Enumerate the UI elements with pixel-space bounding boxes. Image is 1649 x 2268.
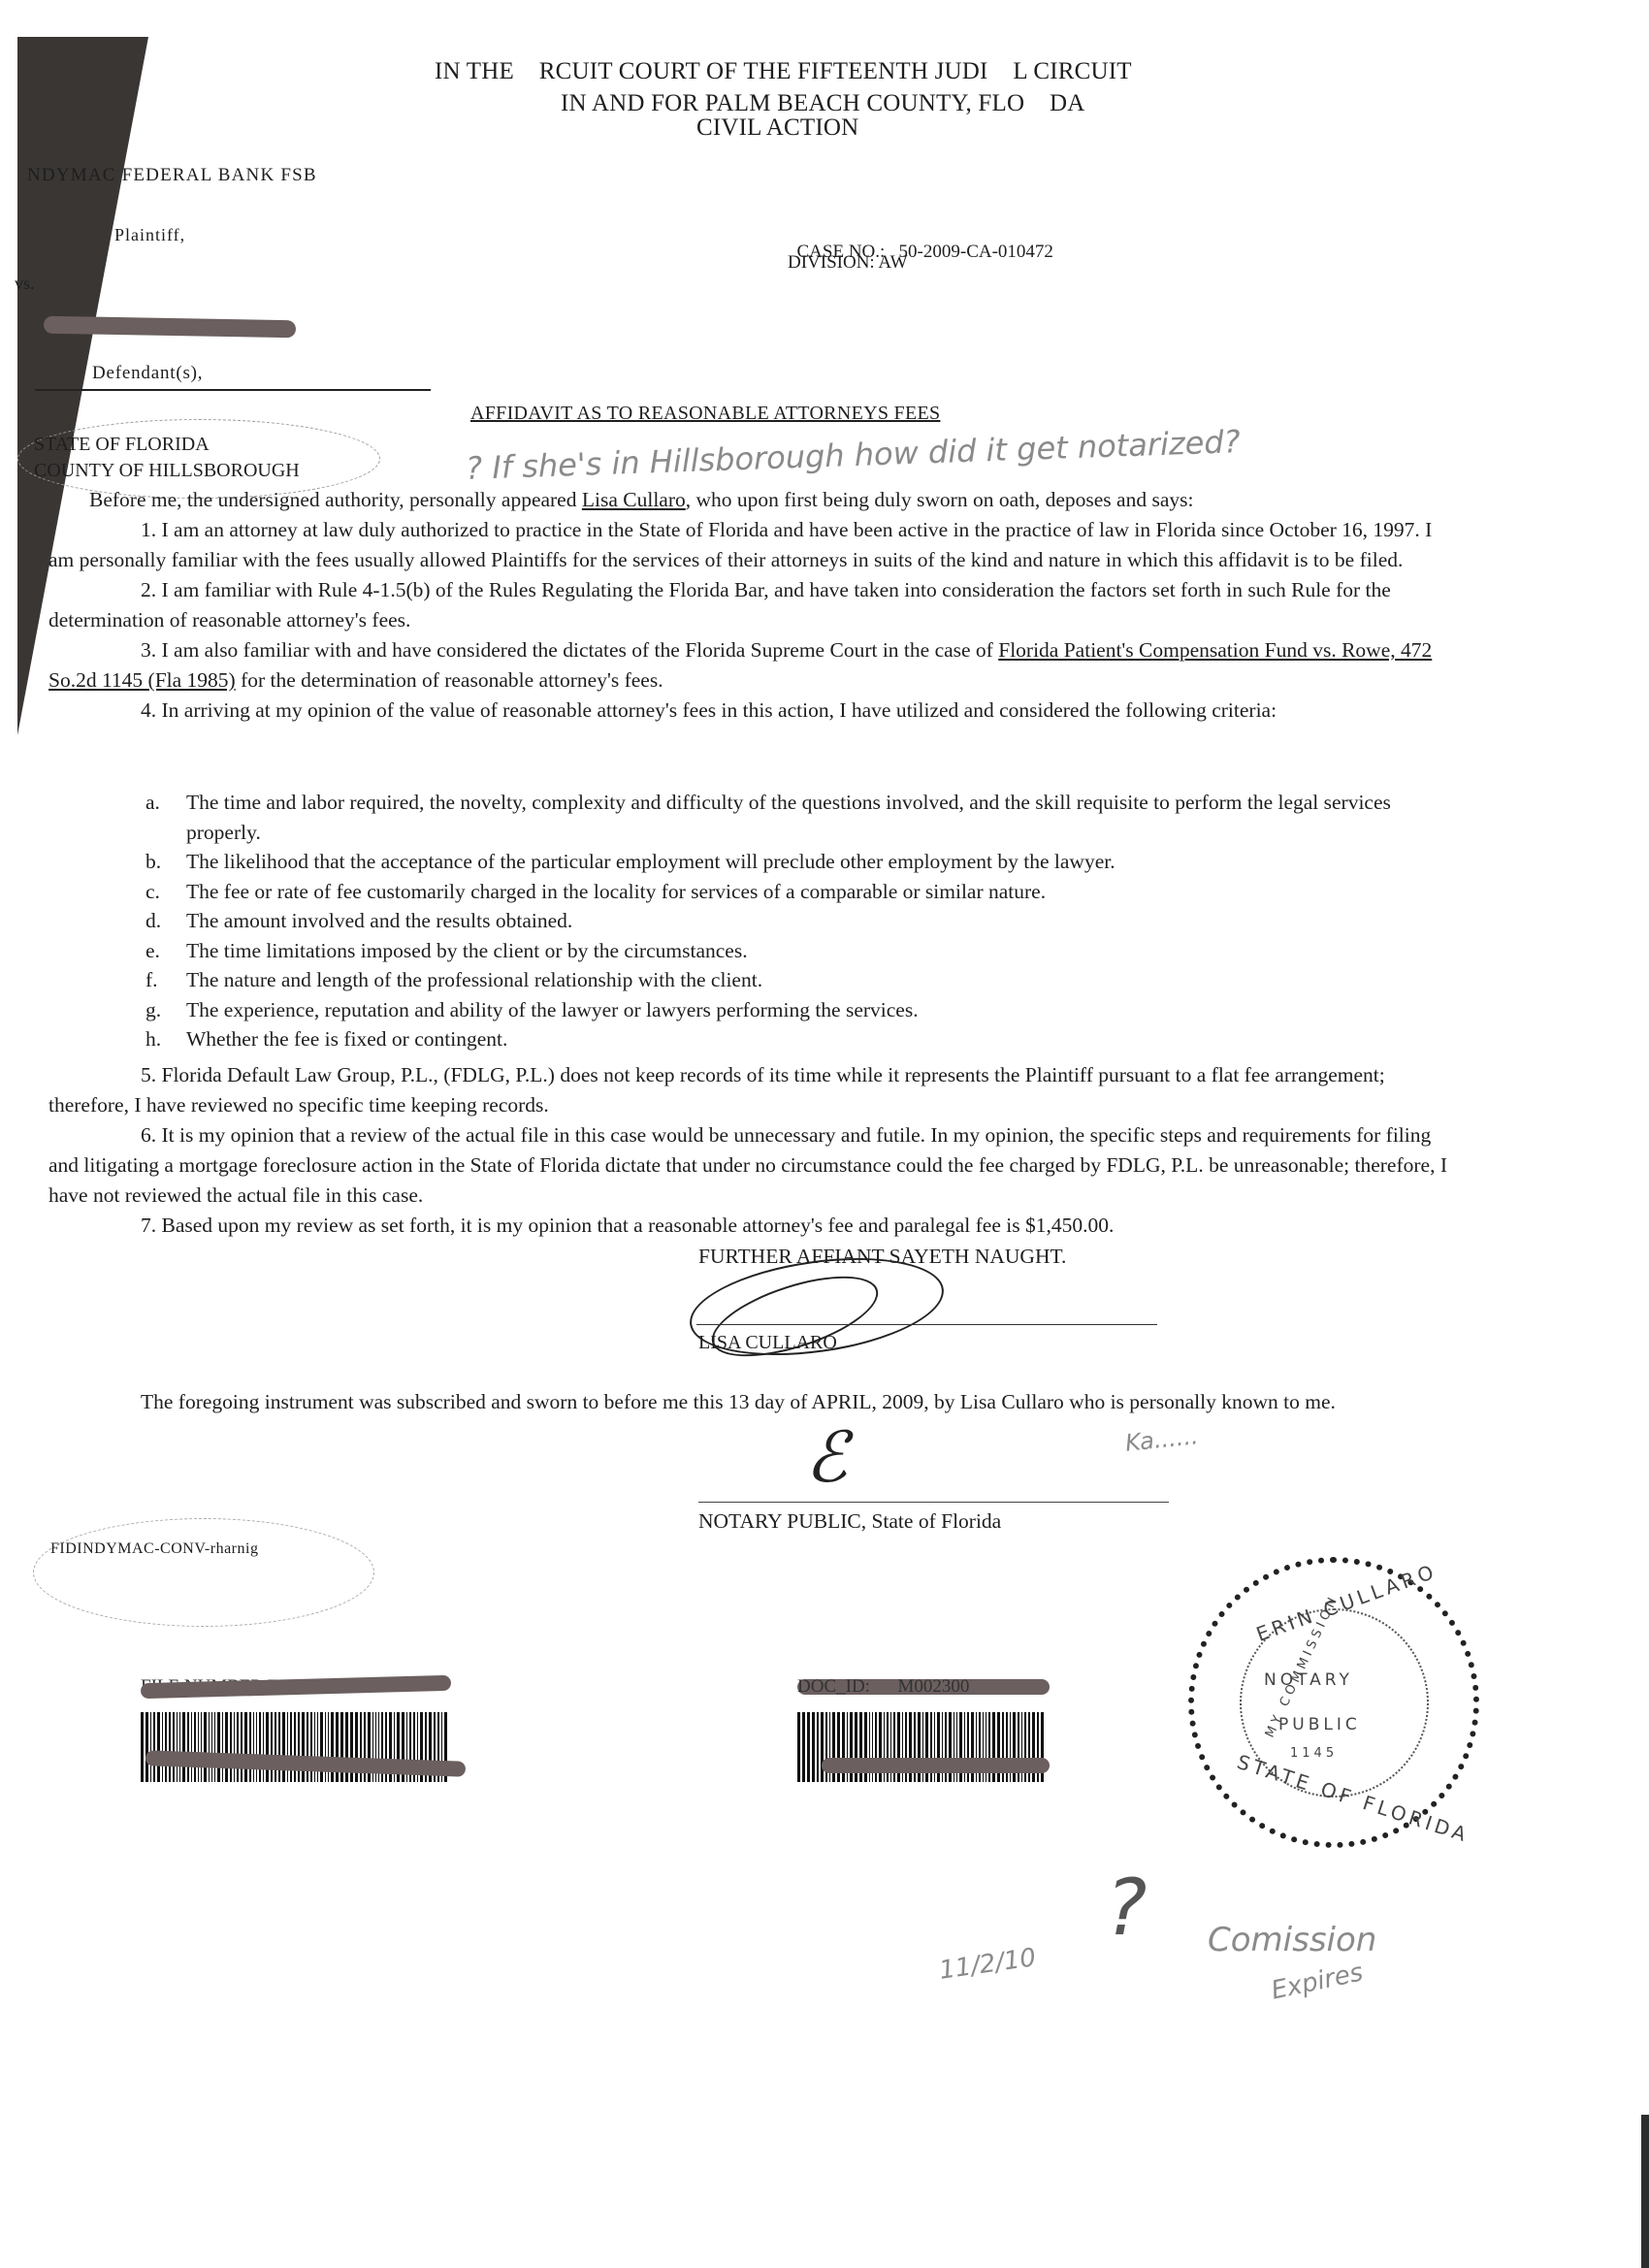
court-header-line-3: CIVIL ACTION	[696, 114, 858, 142]
division-value: AW	[878, 252, 907, 273]
p3-after: for the determination of reasonable atto…	[236, 668, 663, 692]
paragraph-4: 4. In arriving at my opinion of the valu…	[48, 696, 1455, 726]
barcode-bar	[201, 1712, 202, 1782]
criteria-letter: c.	[145, 877, 186, 907]
barcode-bar	[211, 1712, 212, 1782]
right-barcode-block: DOC_ID: M002300	[797, 1676, 1050, 1782]
barcode-bar	[187, 1712, 189, 1782]
barcode-bar	[194, 1712, 196, 1782]
handwritten-note-top: ? If she's in Hillsborough how did it ge…	[466, 423, 1242, 487]
handwritten-date: 11/2/10	[937, 1943, 1037, 1986]
venue-state: STATE OF FLORIDA	[34, 432, 300, 458]
criteria-item: d.The amount involved and the results ob…	[145, 906, 1445, 936]
barcode-bar	[222, 1712, 223, 1782]
criteria-item: g.The experience, reputation and ability…	[145, 995, 1445, 1025]
barcode-bar	[157, 1712, 160, 1782]
barcode-bar	[241, 1712, 242, 1782]
paragraph-5: 5. Florida Default Law Group, P.L., (FDL…	[48, 1060, 1455, 1120]
criteria-list: a.The time and labor required, the novel…	[145, 788, 1445, 1054]
barcode-bar	[225, 1712, 228, 1782]
barcode-bar	[191, 1712, 192, 1782]
signature-line	[696, 1324, 1157, 1325]
paragraph-3: 3. I am also familiar with and have cons…	[48, 635, 1455, 696]
paragraph-2: 2. I am familiar with Rule 4-1.5(b) of t…	[48, 575, 1455, 635]
barcode-bar	[204, 1712, 207, 1782]
criteria-text: The likelihood that the acceptance of th…	[186, 847, 1115, 877]
barcode-right-redaction	[822, 1758, 1050, 1773]
notary-signature-line	[698, 1502, 1169, 1503]
barcode-bar	[249, 1712, 251, 1782]
file-code: FIDINDYMAC-CONV-rharnig	[50, 1540, 258, 1558]
paragraph-7: 7. Based upon my review as set forth, it…	[48, 1211, 1455, 1241]
barcode-bar	[145, 1712, 148, 1782]
versus-label: vs.	[15, 274, 35, 294]
criteria-text: The experience, reputation and ability o…	[186, 995, 919, 1025]
barcode-bar	[198, 1712, 199, 1782]
criteria-item: e.The time limitations imposed by the cl…	[145, 936, 1445, 966]
intro-before: Before me, the undersigned authority, pe…	[89, 488, 582, 511]
barcode-bar	[169, 1712, 171, 1782]
barcode-bar	[807, 1712, 810, 1782]
jurat-text: The foregoing instrument was subscribed …	[48, 1387, 1465, 1417]
criteria-text: The time and labor required, the novelty…	[186, 788, 1445, 847]
criteria-item: b.The likelihood that the acceptance of …	[145, 847, 1445, 877]
barcode-bar	[797, 1712, 800, 1782]
paragraph-6: 6. It is my opinion that a review of the…	[48, 1120, 1455, 1211]
barcode-bar	[282, 1712, 285, 1782]
barcode-bar	[275, 1712, 276, 1782]
criteria-letter: d.	[145, 906, 186, 936]
barcode-bar	[817, 1712, 819, 1782]
barcode-bar	[173, 1712, 175, 1782]
criteria-letter: b.	[145, 847, 186, 877]
barcode-bar	[802, 1712, 805, 1782]
barcode-bar	[234, 1712, 235, 1782]
barcode-bar	[150, 1712, 151, 1782]
handwritten-circle-file-code	[33, 1518, 374, 1627]
barcode-bar	[230, 1712, 232, 1782]
criteria-letter: f.	[145, 965, 186, 995]
criteria-item: c.The fee or rate of fee customarily cha…	[145, 877, 1445, 907]
criteria-text: The nature and length of the professiona…	[186, 965, 762, 995]
seal-notary: NOTARY	[1264, 1670, 1353, 1690]
handwritten-question-mark: ?	[1106, 1863, 1147, 1953]
barcode-bar	[179, 1712, 180, 1782]
division-label: DIVISION:	[788, 252, 875, 273]
criteria-text: The amount involved and the results obta…	[186, 906, 572, 936]
paragraphs-1-4: 1. I am an attorney at law duly authoriz…	[48, 515, 1455, 726]
seal-number: 1145	[1290, 1746, 1338, 1761]
court-header-line-2: IN AND FOR PALM BEACH COUNTY, FLO DA	[561, 90, 1085, 117]
criteria-text: Whether the fee is fixed or contingent.	[186, 1024, 507, 1054]
barcode-bar	[302, 1712, 305, 1782]
plaintiff-label: Plaintiff,	[114, 225, 185, 245]
barcode-bar	[294, 1712, 296, 1782]
barcode-bar	[244, 1712, 247, 1782]
criteria-item: a.The time and labor required, the novel…	[145, 788, 1445, 847]
paragraph-1: 1. I am an attorney at law duly authoriz…	[48, 515, 1455, 575]
barcode-bar	[271, 1712, 273, 1782]
intro-paragraph: Before me, the undersigned authority, pe…	[48, 485, 1455, 515]
venue-block: STATE OF FLORIDA COUNTY OF HILLSBOROUGH	[34, 432, 300, 484]
barcode-bar	[162, 1712, 163, 1782]
barcode-bar	[307, 1712, 308, 1782]
barcode-bar	[217, 1712, 220, 1782]
defendant-label: Defendant(s),	[92, 363, 203, 384]
barcode-bar	[177, 1712, 178, 1782]
criteria-letter: e.	[145, 936, 186, 966]
criteria-item: h.Whether the fee is fixed or contingent…	[145, 1024, 1445, 1054]
division: DIVISION: AW	[788, 252, 908, 274]
case-number-value: 50-2009-CA-010472	[899, 242, 1053, 262]
barcode-bar	[253, 1712, 254, 1782]
barcode-bar	[298, 1712, 300, 1782]
criteria-item: f.The nature and length of the professio…	[145, 965, 1445, 995]
barcode-bar	[263, 1712, 264, 1782]
criteria-letter: g.	[145, 995, 186, 1025]
barcode-bar	[266, 1712, 269, 1782]
document-title: AFFIDAVIT AS TO REASONABLE ATTORNEYS FEE…	[470, 403, 940, 425]
barcode-bar	[165, 1712, 167, 1782]
party-divider	[35, 389, 431, 391]
criteria-letter: h.	[145, 1024, 186, 1054]
barcode-bar	[278, 1712, 280, 1782]
seal-public: PUBLIC	[1278, 1715, 1361, 1734]
barcode-bar	[209, 1712, 210, 1782]
barcode-bar	[290, 1712, 292, 1782]
barcode-bar	[182, 1712, 185, 1782]
intro-after: , who upon first being duly sworn on oat…	[686, 488, 1194, 511]
criteria-text: The fee or rate of fee customarily charg…	[186, 877, 1046, 907]
left-barcode-block: FILE NUMBER F09029817	[141, 1676, 461, 1782]
paragraphs-5-7: 5. Florida Default Law Group, P.L., (FDL…	[48, 1060, 1455, 1241]
barcode-bar	[141, 1712, 144, 1782]
barcode-bar	[153, 1712, 155, 1782]
barcode-bar	[821, 1712, 824, 1782]
venue-county: COUNTY OF HILLSBOROUGH	[34, 458, 300, 484]
criteria-letter: a.	[145, 788, 186, 847]
handwritten-commission: Comission	[1208, 1921, 1376, 1960]
barcode-bar	[237, 1712, 239, 1782]
p3-before: 3. I am also familiar with and have cons…	[141, 638, 998, 662]
barcode-bar	[214, 1712, 215, 1782]
barcode-bar	[256, 1712, 257, 1782]
criteria-text: The time limitations imposed by the clie…	[186, 936, 748, 966]
barcode-bar	[259, 1712, 261, 1782]
signatory-name: LISA CULLARO	[698, 1332, 837, 1354]
plaintiff-name: NDYMAC FEDERAL BANK FSB	[27, 165, 317, 186]
scan-edge-shadow	[1641, 2115, 1649, 2268]
notary-signature: ℰ	[805, 1416, 848, 1498]
barcode-bar	[812, 1712, 815, 1782]
handwritten-notary-note: Ka......	[1124, 1422, 1200, 1457]
notary-title: NOTARY PUBLIC, State of Florida	[698, 1509, 1001, 1534]
affiant-name: Lisa Cullaro	[582, 488, 686, 511]
court-header-line-1: IN THE RCUIT COURT OF THE FIFTEENTH JUDI…	[435, 58, 1132, 85]
barcode-bar	[287, 1712, 288, 1782]
handwritten-expires: Expires	[1269, 1958, 1366, 2005]
